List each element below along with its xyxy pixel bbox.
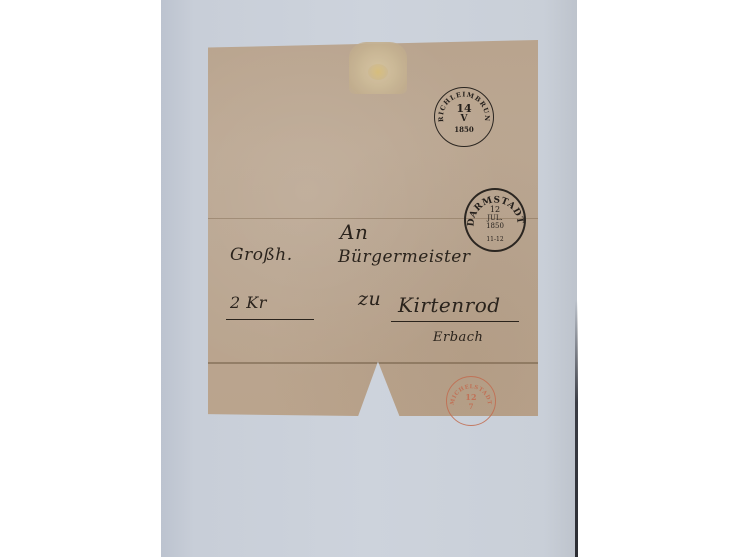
- postmark-month: V: [435, 115, 493, 124]
- address-region: Erbach: [433, 330, 483, 345]
- postmark-day: 14: [435, 103, 493, 114]
- photo-scene: KRICHLEIMBRUNG 14 V 1850 DARMSTADT 12 JU…: [0, 0, 740, 557]
- fold-crease-lower: [208, 362, 538, 364]
- address-town: Kirtenrod: [398, 293, 501, 317]
- album-page-edge-shadow: [575, 300, 578, 557]
- darmstadt-postmark: DARMSTADT 12 JUL. 1850 11-12: [464, 188, 526, 252]
- red-arrival-postmark: MICHELSTADT 12 7: [446, 376, 496, 426]
- postmark-year: 1850: [435, 126, 493, 133]
- postmark-day: 12: [466, 206, 524, 214]
- postmark-day: 12: [447, 393, 495, 401]
- postmark-month: JUL.: [466, 215, 524, 222]
- address-line1-left: Großh.: [230, 245, 293, 265]
- address-salutation: An: [340, 220, 368, 244]
- address-line1-right: Bürgermeister: [338, 247, 471, 267]
- wax-seal-icon: [349, 42, 407, 94]
- postmark-year: 1850: [466, 223, 524, 230]
- upper-right-postmark: KRICHLEIMBRUNG 14 V 1850: [434, 87, 494, 147]
- porto-note: 2 Kr: [230, 293, 267, 312]
- folded-letter: KRICHLEIMBRUNG 14 V 1850 DARMSTADT 12 JU…: [208, 40, 538, 416]
- town-underline: [391, 321, 519, 322]
- postmark-time: 11-12: [466, 237, 524, 243]
- address-preposition: zu: [358, 288, 381, 310]
- postmark-month: 7: [447, 403, 495, 410]
- porto-underline: [226, 319, 314, 320]
